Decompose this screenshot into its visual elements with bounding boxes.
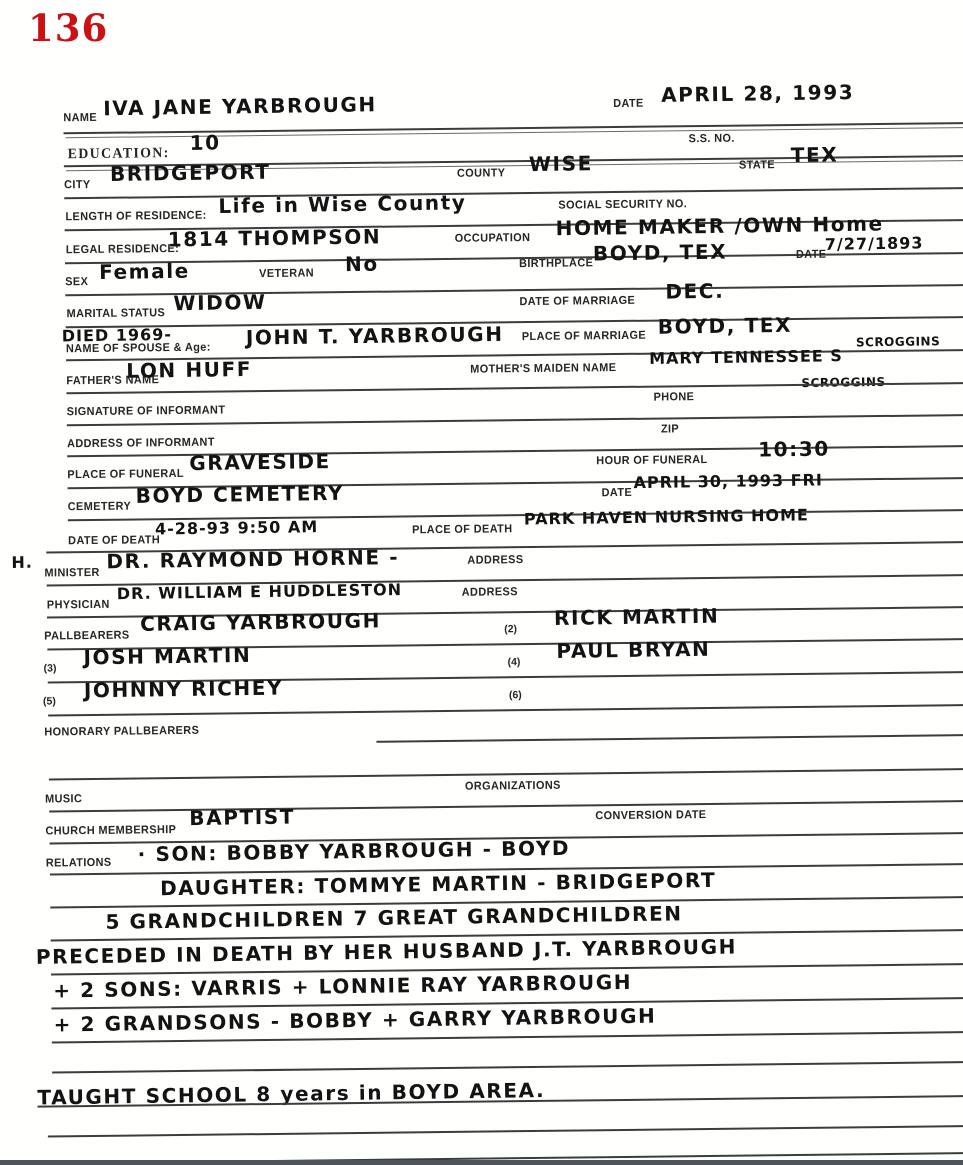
state-value: TEX [791, 142, 839, 167]
education-value: 10 [189, 130, 220, 154]
place-of-marriage-value: BOYD, TEX [658, 313, 793, 339]
birthplace-value: BOYD, TEX [593, 240, 728, 266]
margin-note: H. [11, 553, 33, 572]
scan-edge-bar [0, 1160, 963, 1165]
mother-maiden-name-value: MARY TENNESSEE S [649, 346, 843, 368]
ruled-line [49, 768, 963, 780]
cemetery-value: BOYD CEMETERY [135, 481, 344, 508]
ruled-line [65, 252, 963, 264]
phone-label: PHONE [653, 391, 694, 403]
birthdate-value: 7/27/1893 [825, 233, 924, 253]
place-of-funeral-value: GRAVESIDE [189, 449, 331, 475]
occupation-label: OCCUPATION [455, 232, 531, 245]
date-of-death-value: 4-28-93 9:50 AM [155, 517, 318, 538]
minister-address-label: ADDRESS [467, 554, 523, 567]
spouse-label: NAME OF SPOUSE & Age: [66, 342, 211, 356]
pallbearer-1: CRAIG YARBROUGH [140, 608, 381, 636]
pallbearer-2: RICK MARTIN [554, 604, 720, 630]
birthplace-label: BIRTHPLACE [519, 257, 593, 270]
veteran-value: No [345, 252, 379, 276]
county-label: COUNTY [457, 167, 506, 180]
spouse-value: JOHN T. YARBROUGH [246, 322, 504, 350]
date-of-death-label: DATE OF DEATH [68, 534, 160, 547]
pallbearer-4-marker: (4) [507, 656, 520, 668]
ssn-label: S.S. NO. [689, 133, 735, 146]
physician-value: DR. WILLIAM E HUDDLESTON [117, 580, 403, 603]
music-label: MUSIC [45, 793, 82, 805]
hour-of-funeral-label: HOUR OF FUNERAL [596, 454, 707, 467]
ruled-line [48, 704, 963, 716]
minister-label: MINISTER [44, 567, 99, 580]
funeral-record-form: NAME IVA JANE YARBROUGH DATE APRIL 28, 1… [0, 0, 963, 1165]
ruled-line [48, 1125, 963, 1138]
mother-maiden-name-label: MOTHER'S MAIDEN NAME [470, 362, 616, 376]
signature-of-informant-label: SIGNATURE OF INFORMANT [67, 404, 226, 418]
social-security-label: SOCIAL SECURITY NO. [558, 198, 687, 211]
sex-value: Female [99, 259, 190, 284]
funeral-date-value: APRIL 30, 1993 FRI [633, 470, 823, 492]
relations-line-5: + 2 SONS: VARRIS + LONNIE RAY YARBROUGH [53, 970, 632, 1003]
organizations-label: ORGANIZATIONS [465, 780, 561, 793]
funeral-date-label: DATE [602, 487, 633, 499]
state-label: STATE [739, 159, 775, 171]
ruled-line [52, 1061, 963, 1073]
pallbearer-5-marker: (5) [43, 695, 56, 707]
physician-label: PHYSICIAN [47, 599, 110, 612]
conversion-date-label: CONVERSION DATE [595, 809, 706, 822]
ruled-line [376, 734, 963, 743]
date-value: APRIL 28, 1993 [661, 80, 854, 107]
legal-residence-value: 1814 THOMPSON [168, 224, 382, 251]
relations-line-6: + 2 GRANDSONS - BOBBY + GARRY YARBROUGH [53, 1004, 656, 1037]
pallbearer-6-marker: (6) [509, 689, 522, 701]
relations-line-1: · SON: BOBBY YARBROUGH - BOYD [138, 836, 571, 866]
pallbearer-3: JOSH MARTIN [83, 643, 251, 669]
ruled-line [64, 187, 963, 199]
place-of-funeral-label: PLACE OF FUNERAL [67, 468, 184, 481]
city-value: BRIDGEPORT [110, 160, 271, 186]
pallbearer-3-marker: (3) [44, 662, 57, 674]
legal-residence-label: LEGAL RESIDENCE: [66, 243, 179, 256]
place-of-death-label: PLACE OF DEATH [412, 523, 513, 536]
date-of-marriage-label: DATE OF MARRIAGE [519, 295, 635, 308]
pallbearer-4: PAUL BRYAN [556, 637, 710, 663]
physician-address-label: ADDRESS [462, 586, 518, 599]
hour-of-funeral-value: 10:30 [758, 436, 830, 461]
sex-label: SEX [65, 276, 88, 288]
length-of-residence-label: LENGTH OF RESIDENCE: [65, 210, 206, 224]
date-label: DATE [613, 98, 644, 110]
pallbearer-5: JOHNNY RICHEY [84, 675, 284, 702]
church-membership-value: BAPTIST [189, 805, 295, 831]
ruled-line [66, 316, 963, 328]
veteran-label: VETERAN [259, 267, 314, 280]
father-name-value: LON HUFF [126, 357, 252, 383]
county-value: WISE [529, 151, 593, 176]
ruled-line [49, 800, 963, 812]
address-of-informant-label: ADDRESS OF INFORMANT [67, 437, 215, 451]
minister-value: DR. RAYMOND HORNE - [106, 545, 399, 573]
zip-label: ZIP [661, 423, 679, 435]
place-of-death-value: PARK HAVEN NURSING HOME [524, 505, 809, 528]
place-of-marriage-label: PLACE OF MARRIAGE [522, 330, 646, 343]
city-label: CITY [64, 179, 91, 191]
date-of-marriage-value: DEC. [665, 279, 724, 304]
honorary-pallbearers-label: HONORARY PALLBEARERS [44, 725, 199, 739]
name-value: IVA JANE YARBROUGH [103, 92, 377, 120]
pallbearers-label: PALLBEARERS [44, 630, 129, 643]
funeral-record-page: 136 NAME IVA JANE YARBROUGH DATE APRIL 2… [0, 0, 963, 1165]
marital-status-value: WIDOW [173, 290, 267, 315]
scroggins-scrawl-upper: SCROGGINS [856, 334, 940, 349]
length-of-residence-value: Life in Wise County [218, 190, 466, 218]
name-label: NAME [63, 112, 97, 124]
pallbearer-2-marker: (2) [504, 623, 517, 635]
cemetery-label: CEMETERY [68, 501, 131, 514]
relations-label: RELATIONS [46, 857, 112, 870]
marital-status-label: MARITAL STATUS [67, 307, 166, 320]
church-membership-label: CHURCH MEMBERSHIP [45, 824, 176, 837]
birthdate-label: DATE [796, 249, 827, 261]
